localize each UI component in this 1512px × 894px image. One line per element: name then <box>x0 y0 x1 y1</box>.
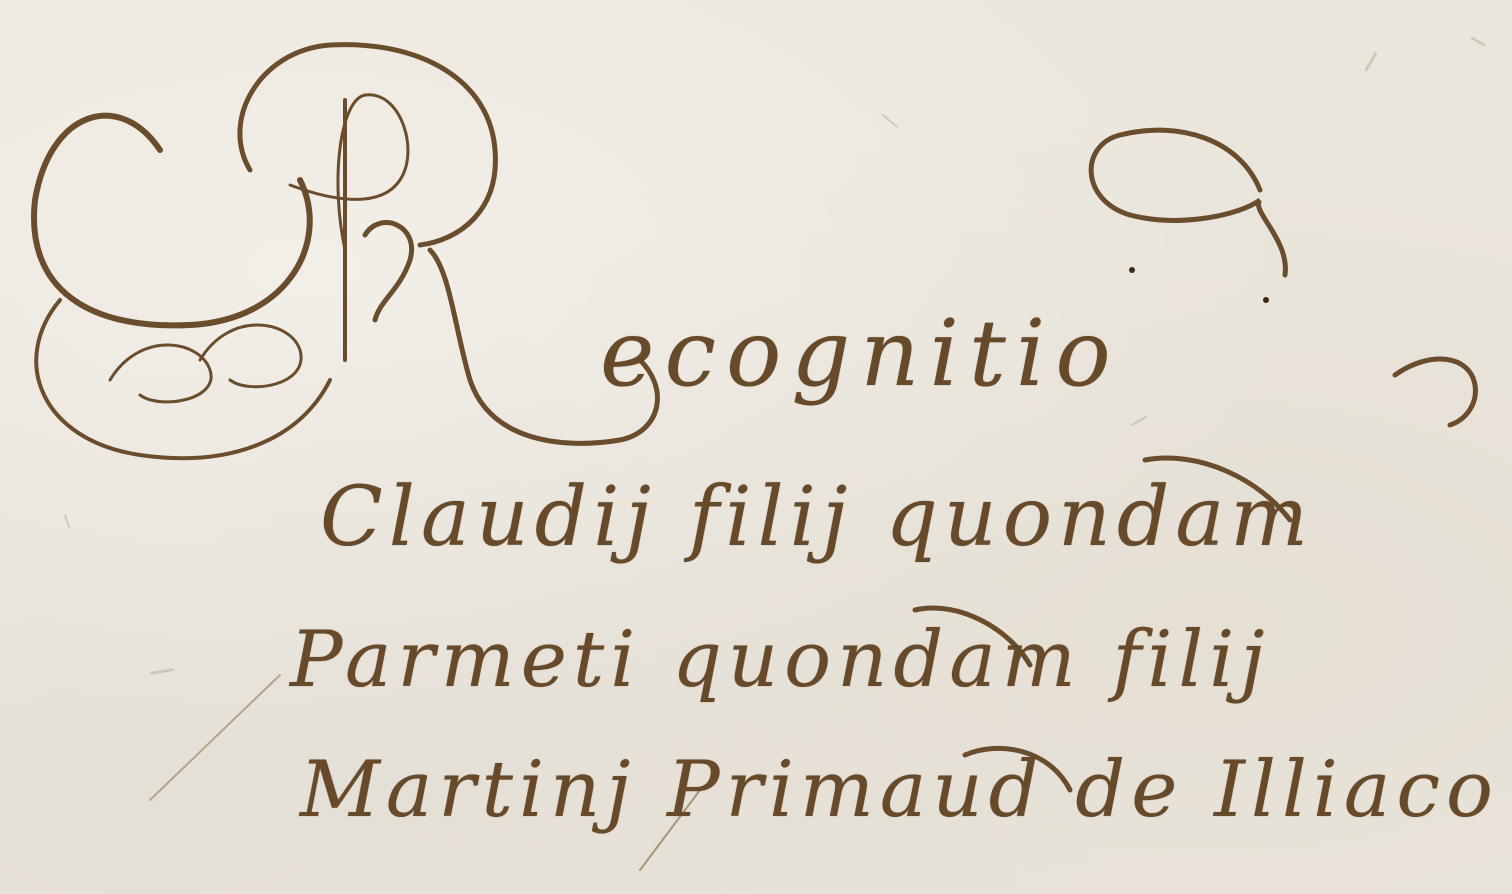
text-line-1: Claudij filij quondam <box>320 470 1314 565</box>
text-line-3: Martinj Primaud de Illiaco <box>300 745 1499 835</box>
title-recognitio: ecognitio <box>600 300 1121 407</box>
text-line-2: Parmeti quondam filij <box>290 615 1270 705</box>
